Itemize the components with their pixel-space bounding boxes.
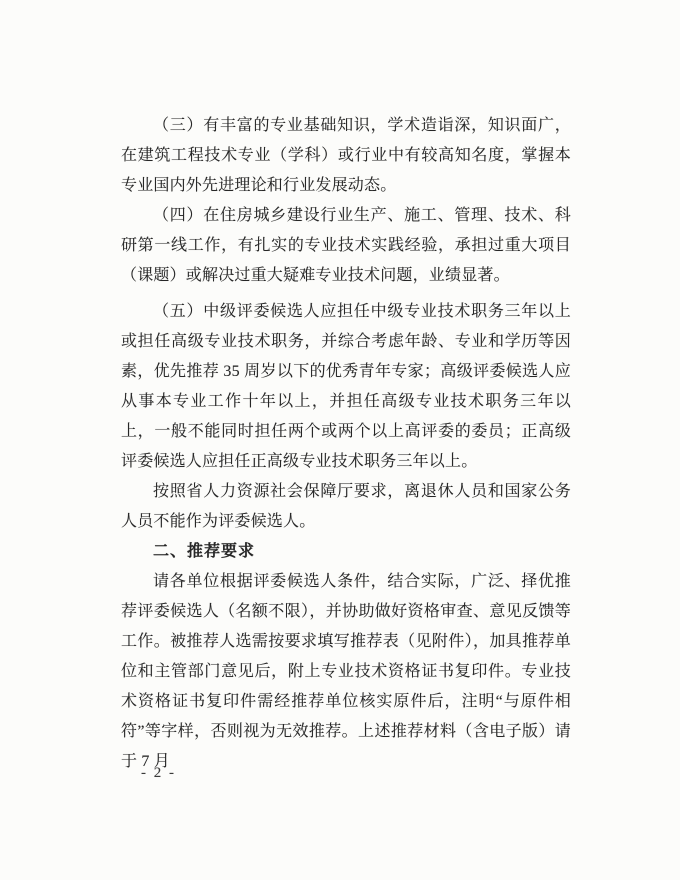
body-paragraph: （三）有丰富的专业基础知识，学术造诣深，知识面广，在建筑工程技术专业（学科）或行… [121, 111, 571, 201]
body-paragraph: （四）在住房城乡建设行业生产、施工、管理、技术、科研第一线工作，有扎实的专业技术… [121, 201, 571, 291]
body-paragraph: （五）中级评委候选人应担任中级专业技术职务三年以上或担任高级专业技术职务，并综合… [121, 297, 571, 477]
page-number: - 2 - [141, 763, 176, 783]
document-text-block: （三）有丰富的专业基础知识，学术造诣深，知识面广，在建筑工程技术专业（学科）或行… [121, 111, 571, 777]
body-paragraph: 按照省人力资源社会保障厅要求，离退休人员和国家公务人员不能作为评委候选人。 [121, 477, 571, 537]
document-page: （三）有丰富的专业基础知识，学术造诣深，知识面广，在建筑工程技术专业（学科）或行… [0, 0, 680, 880]
body-paragraph: 请各单位根据评委候选人条件，结合实际，广泛、择优推荐评委候选人（名额不限），并协… [121, 567, 571, 777]
section-heading: 二、推荐要求 [121, 537, 571, 567]
